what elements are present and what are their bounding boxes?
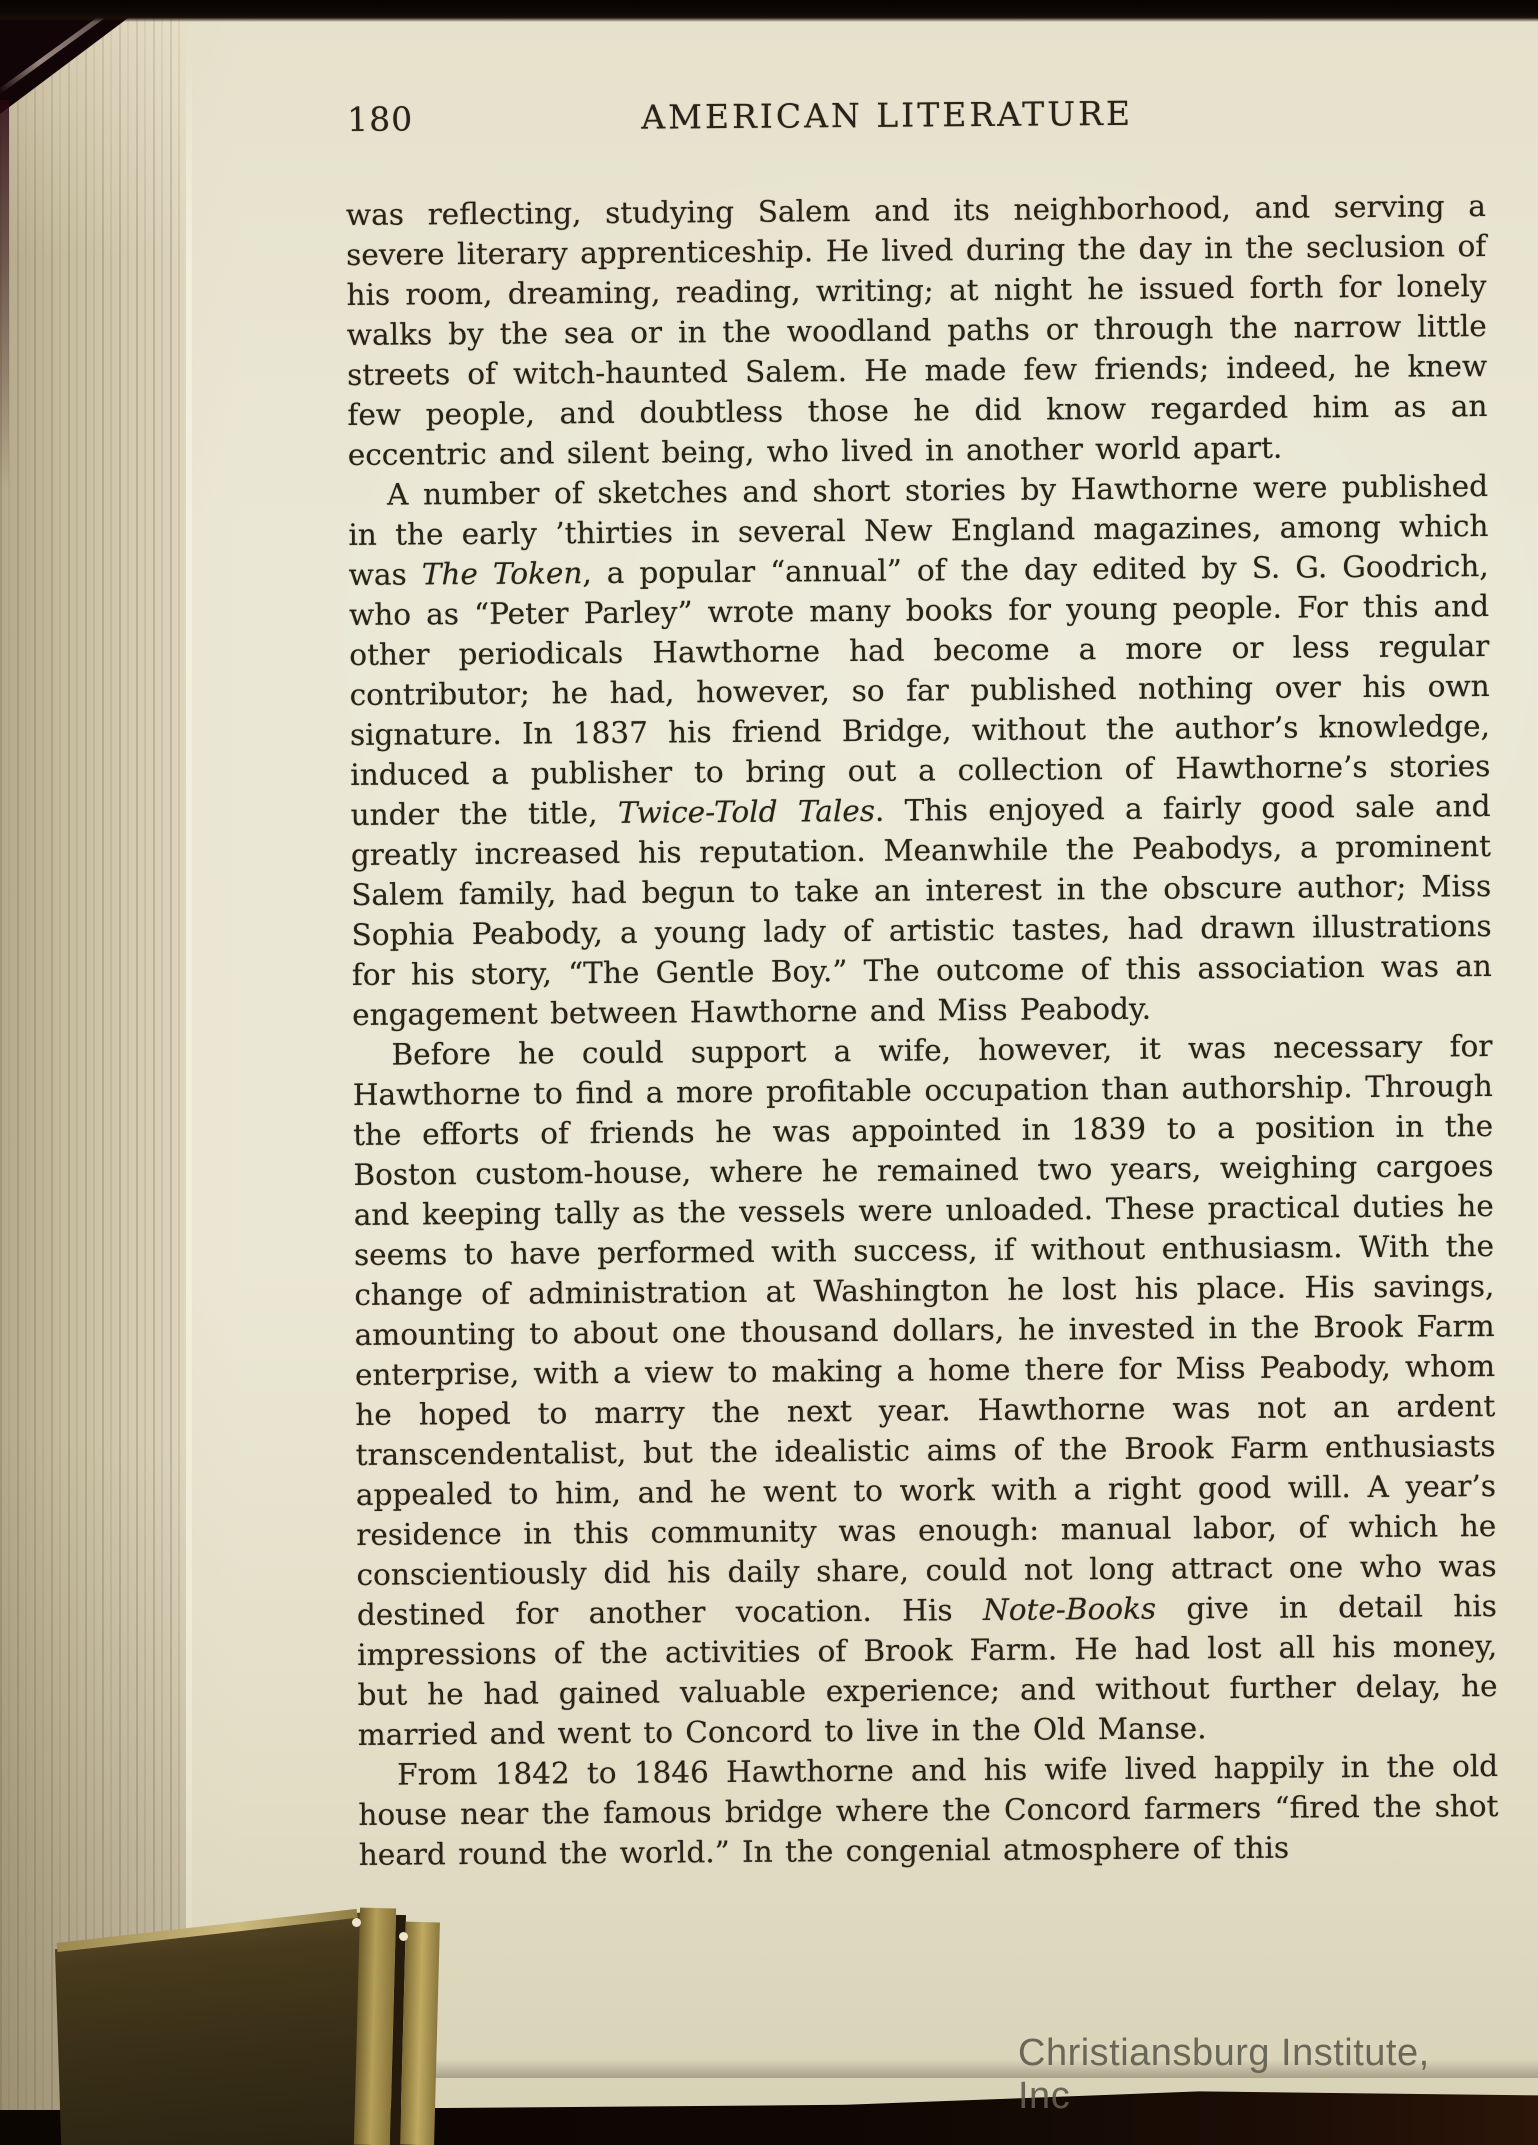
italic-text: Note-Books xyxy=(983,1592,1156,1627)
stand-highlight-speck-1 xyxy=(352,1918,361,1927)
text-segment: Before he could support a wife, however,… xyxy=(353,1029,1497,1632)
stand-gold-bar-1 xyxy=(354,1908,396,2145)
page-edge-highlight xyxy=(186,36,192,2066)
book-stand xyxy=(0,1895,520,2145)
paragraph: Before he could support a wife, however,… xyxy=(352,1026,1498,1755)
stand-highlight-speck-2 xyxy=(399,1932,408,1941)
text-segment: was reflecting, studying Salem and its n… xyxy=(346,189,1488,472)
watermark: Christiansburg Institute, Inc xyxy=(1018,2032,1488,2118)
page-fore-edge xyxy=(0,6,186,2110)
paragraph: From 1842 to 1846 Hawthorne and his wife… xyxy=(358,1746,1499,1875)
backdrop-left-sliver xyxy=(0,100,9,490)
book-photo: 180 AMERICAN LITERATURE was reflecting, … xyxy=(0,0,1538,2145)
italic-text: Twice-Told Tales xyxy=(618,794,875,830)
body-text: was reflecting, studying Salem and its n… xyxy=(346,186,1499,1875)
page-header: 180 AMERICAN LITERATURE xyxy=(345,91,1485,146)
paragraph: A number of sketches and short stories b… xyxy=(348,466,1492,1035)
italic-text: The Token xyxy=(422,556,583,591)
paragraph: was reflecting, studying Salem and its n… xyxy=(346,186,1488,475)
printed-content: 180 AMERICAN LITERATURE was reflecting, … xyxy=(345,91,1499,1875)
backdrop-top-band xyxy=(0,0,1538,22)
running-title: AMERICAN LITERATURE xyxy=(317,91,1457,139)
stand-gold-bar-2 xyxy=(400,1922,440,2145)
text-segment: From 1842 to 1846 Hawthorne and his wife… xyxy=(358,1749,1498,1872)
